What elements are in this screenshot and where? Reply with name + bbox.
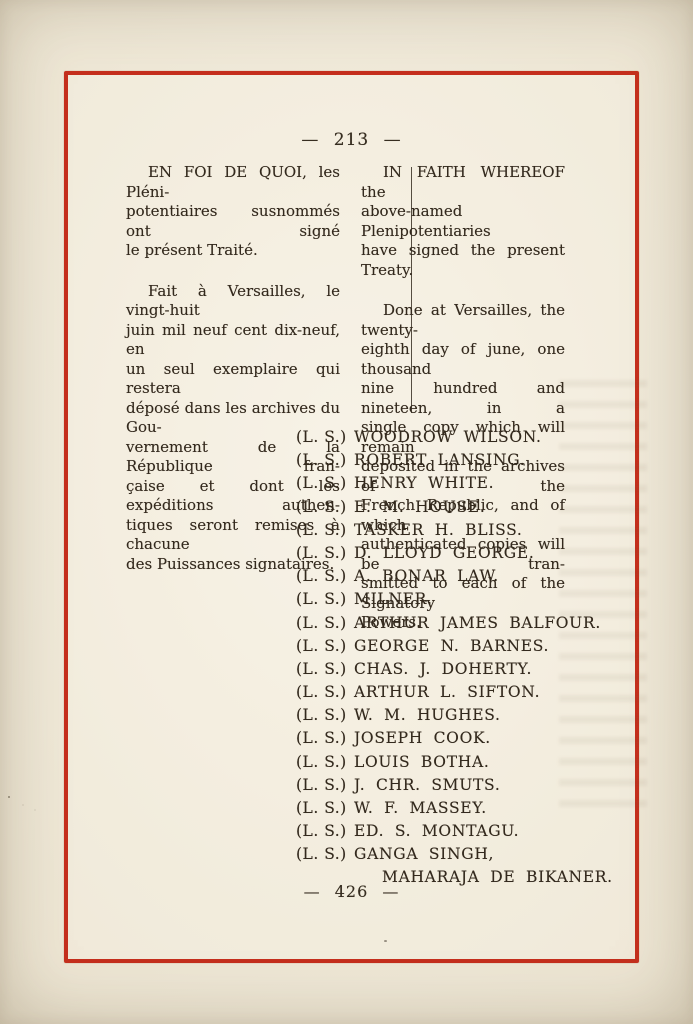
signatory-name: GANGA SINGH,	[354, 845, 494, 863]
signatory-name: ED. S. MONTAGU.	[354, 822, 519, 840]
signatory-name: ARTHUR JAMES BALFOUR.	[354, 614, 601, 632]
signatory-name: TASKER H. BLISS.	[354, 521, 523, 539]
signatory-name: CHAS. J. DOHERTY.	[354, 660, 532, 678]
signatory-name: ROBERT LANSING.	[354, 451, 525, 469]
signature-row: (L. S.)W. M. HUGHES.	[296, 704, 613, 727]
seal-label: (L. S.)	[296, 612, 346, 635]
text-line: le présent Traité.	[126, 241, 340, 261]
signatory-name: J. CHR. SMUTS.	[354, 776, 500, 794]
text-line: have signed the present Treaty.	[361, 241, 565, 280]
seal-label: (L. S.)	[296, 843, 346, 866]
signature-list: (L. S.)WOODROW WILSON. (L. S.)ROBERT LAN…	[296, 426, 613, 887]
signatory-name: HENRY WHITE.	[354, 474, 494, 492]
signature-row: (L. S.)ED. S. MONTAGU.	[296, 820, 613, 843]
text-line: IN FAITH WHEREOF the	[361, 163, 565, 202]
signatory-name: LOUIS BOTHA.	[354, 753, 490, 771]
signature-row: (L. S.)E. M. HOUSE.	[296, 496, 613, 519]
text-line: nine hundred and nineteen, in a	[361, 379, 565, 418]
signatory-name: D. LLOYD GEORGE.	[354, 544, 535, 562]
seal-label: (L. S.)	[296, 797, 346, 820]
seal-label: (L. S.)	[296, 820, 346, 843]
signature-row: (L. S.)LOUIS BOTHA.	[296, 751, 613, 774]
seal-label: (L. S.)	[296, 542, 346, 565]
ink-speck	[384, 940, 387, 942]
seal-label: (L. S.)	[296, 658, 346, 681]
text-line: EN FOI DE QUOI, les Pléni-	[126, 163, 340, 202]
signature-row: (L. S.)MILNER.	[296, 588, 613, 611]
seal-label: (L. S.)	[296, 426, 346, 449]
ink-speck	[8, 796, 10, 798]
seal-label: (L. S.)	[296, 727, 346, 750]
text-line: above-named Plenipotentiaries	[361, 202, 565, 241]
english-paragraph-1: IN FAITH WHEREOF the above-named Plenipo…	[361, 163, 565, 280]
signature-row: (L. S.)GEORGE N. BARNES.	[296, 635, 613, 658]
seal-label: (L. S.)	[296, 774, 346, 797]
seal-label: (L. S.)	[296, 588, 346, 611]
page-number-bottom: — 426 —	[64, 882, 639, 901]
signature-row: (L. S.)J. CHR. SMUTS.	[296, 774, 613, 797]
signature-row: (L. S.)HENRY WHITE.	[296, 472, 613, 495]
text-line: un seul exemplaire qui restera	[126, 360, 340, 399]
seal-label: (L. S.)	[296, 751, 346, 774]
seal-label: (L. S.)	[296, 449, 346, 472]
text-line: Done at Versailles, the twenty-	[361, 301, 565, 340]
signatory-name: JOSEPH COOK.	[354, 729, 491, 747]
signatory-name: ARTHUR L. SIFTON.	[354, 683, 540, 701]
seal-label: (L. S.)	[296, 704, 346, 727]
seal-label: (L. S.)	[296, 472, 346, 495]
signature-row: (L. S.)ARTHUR JAMES BALFOUR.	[296, 612, 613, 635]
signature-row: (L. S.)CHAS. J. DOHERTY.	[296, 658, 613, 681]
signatory-name: W. M. HUGHES.	[354, 706, 501, 724]
signature-row: (L. S.)D. LLOYD GEORGE.	[296, 542, 613, 565]
signatory-name: GEORGE N. BARNES.	[354, 637, 549, 655]
text-line: Fait à Versailles, le vingt-huit	[126, 282, 340, 321]
french-paragraph-1: EN FOI DE QUOI, les Pléni- potentiaires …	[126, 163, 340, 261]
signatory-name: WOODROW WILSON.	[354, 428, 542, 446]
signatory-name: E. M. HOUSE.	[354, 498, 485, 516]
signature-row: (L. S.)WOODROW WILSON.	[296, 426, 613, 449]
signature-row: (L. S.)GANGA SINGH,	[296, 843, 613, 866]
seal-label: (L. S.)	[296, 519, 346, 542]
signature-row: (L. S.)JOSEPH COOK.	[296, 727, 613, 750]
text-line: potentiaires susnommés ont signé	[126, 202, 340, 241]
signature-row: (L. S.)ROBERT LANSING.	[296, 449, 613, 472]
text-line: juin mil neuf cent dix-neuf, en	[126, 321, 340, 360]
signatory-name: MILNER.	[354, 590, 433, 608]
signature-row: (L. S.)W. F. MASSEY.	[296, 797, 613, 820]
seal-label: (L. S.)	[296, 681, 346, 704]
signatory-name: W. F. MASSEY.	[354, 799, 487, 817]
page-number-top: — 213 —	[64, 130, 639, 150]
signatory-name: A. BONAR LAW.	[354, 567, 499, 585]
seal-label: (L. S.)	[296, 496, 346, 519]
signature-row: (L. S.)A. BONAR LAW.	[296, 565, 613, 588]
scanned-page: — 213 — EN FOI DE QUOI, les Pléni- poten…	[0, 0, 693, 1024]
seal-label: (L. S.)	[296, 565, 346, 588]
signature-row: (L. S.)TASKER H. BLISS.	[296, 519, 613, 542]
seal-label: (L. S.)	[296, 635, 346, 658]
text-line: eighth day of june, one thousand	[361, 340, 565, 379]
signature-row: (L. S.)ARTHUR L. SIFTON.	[296, 681, 613, 704]
